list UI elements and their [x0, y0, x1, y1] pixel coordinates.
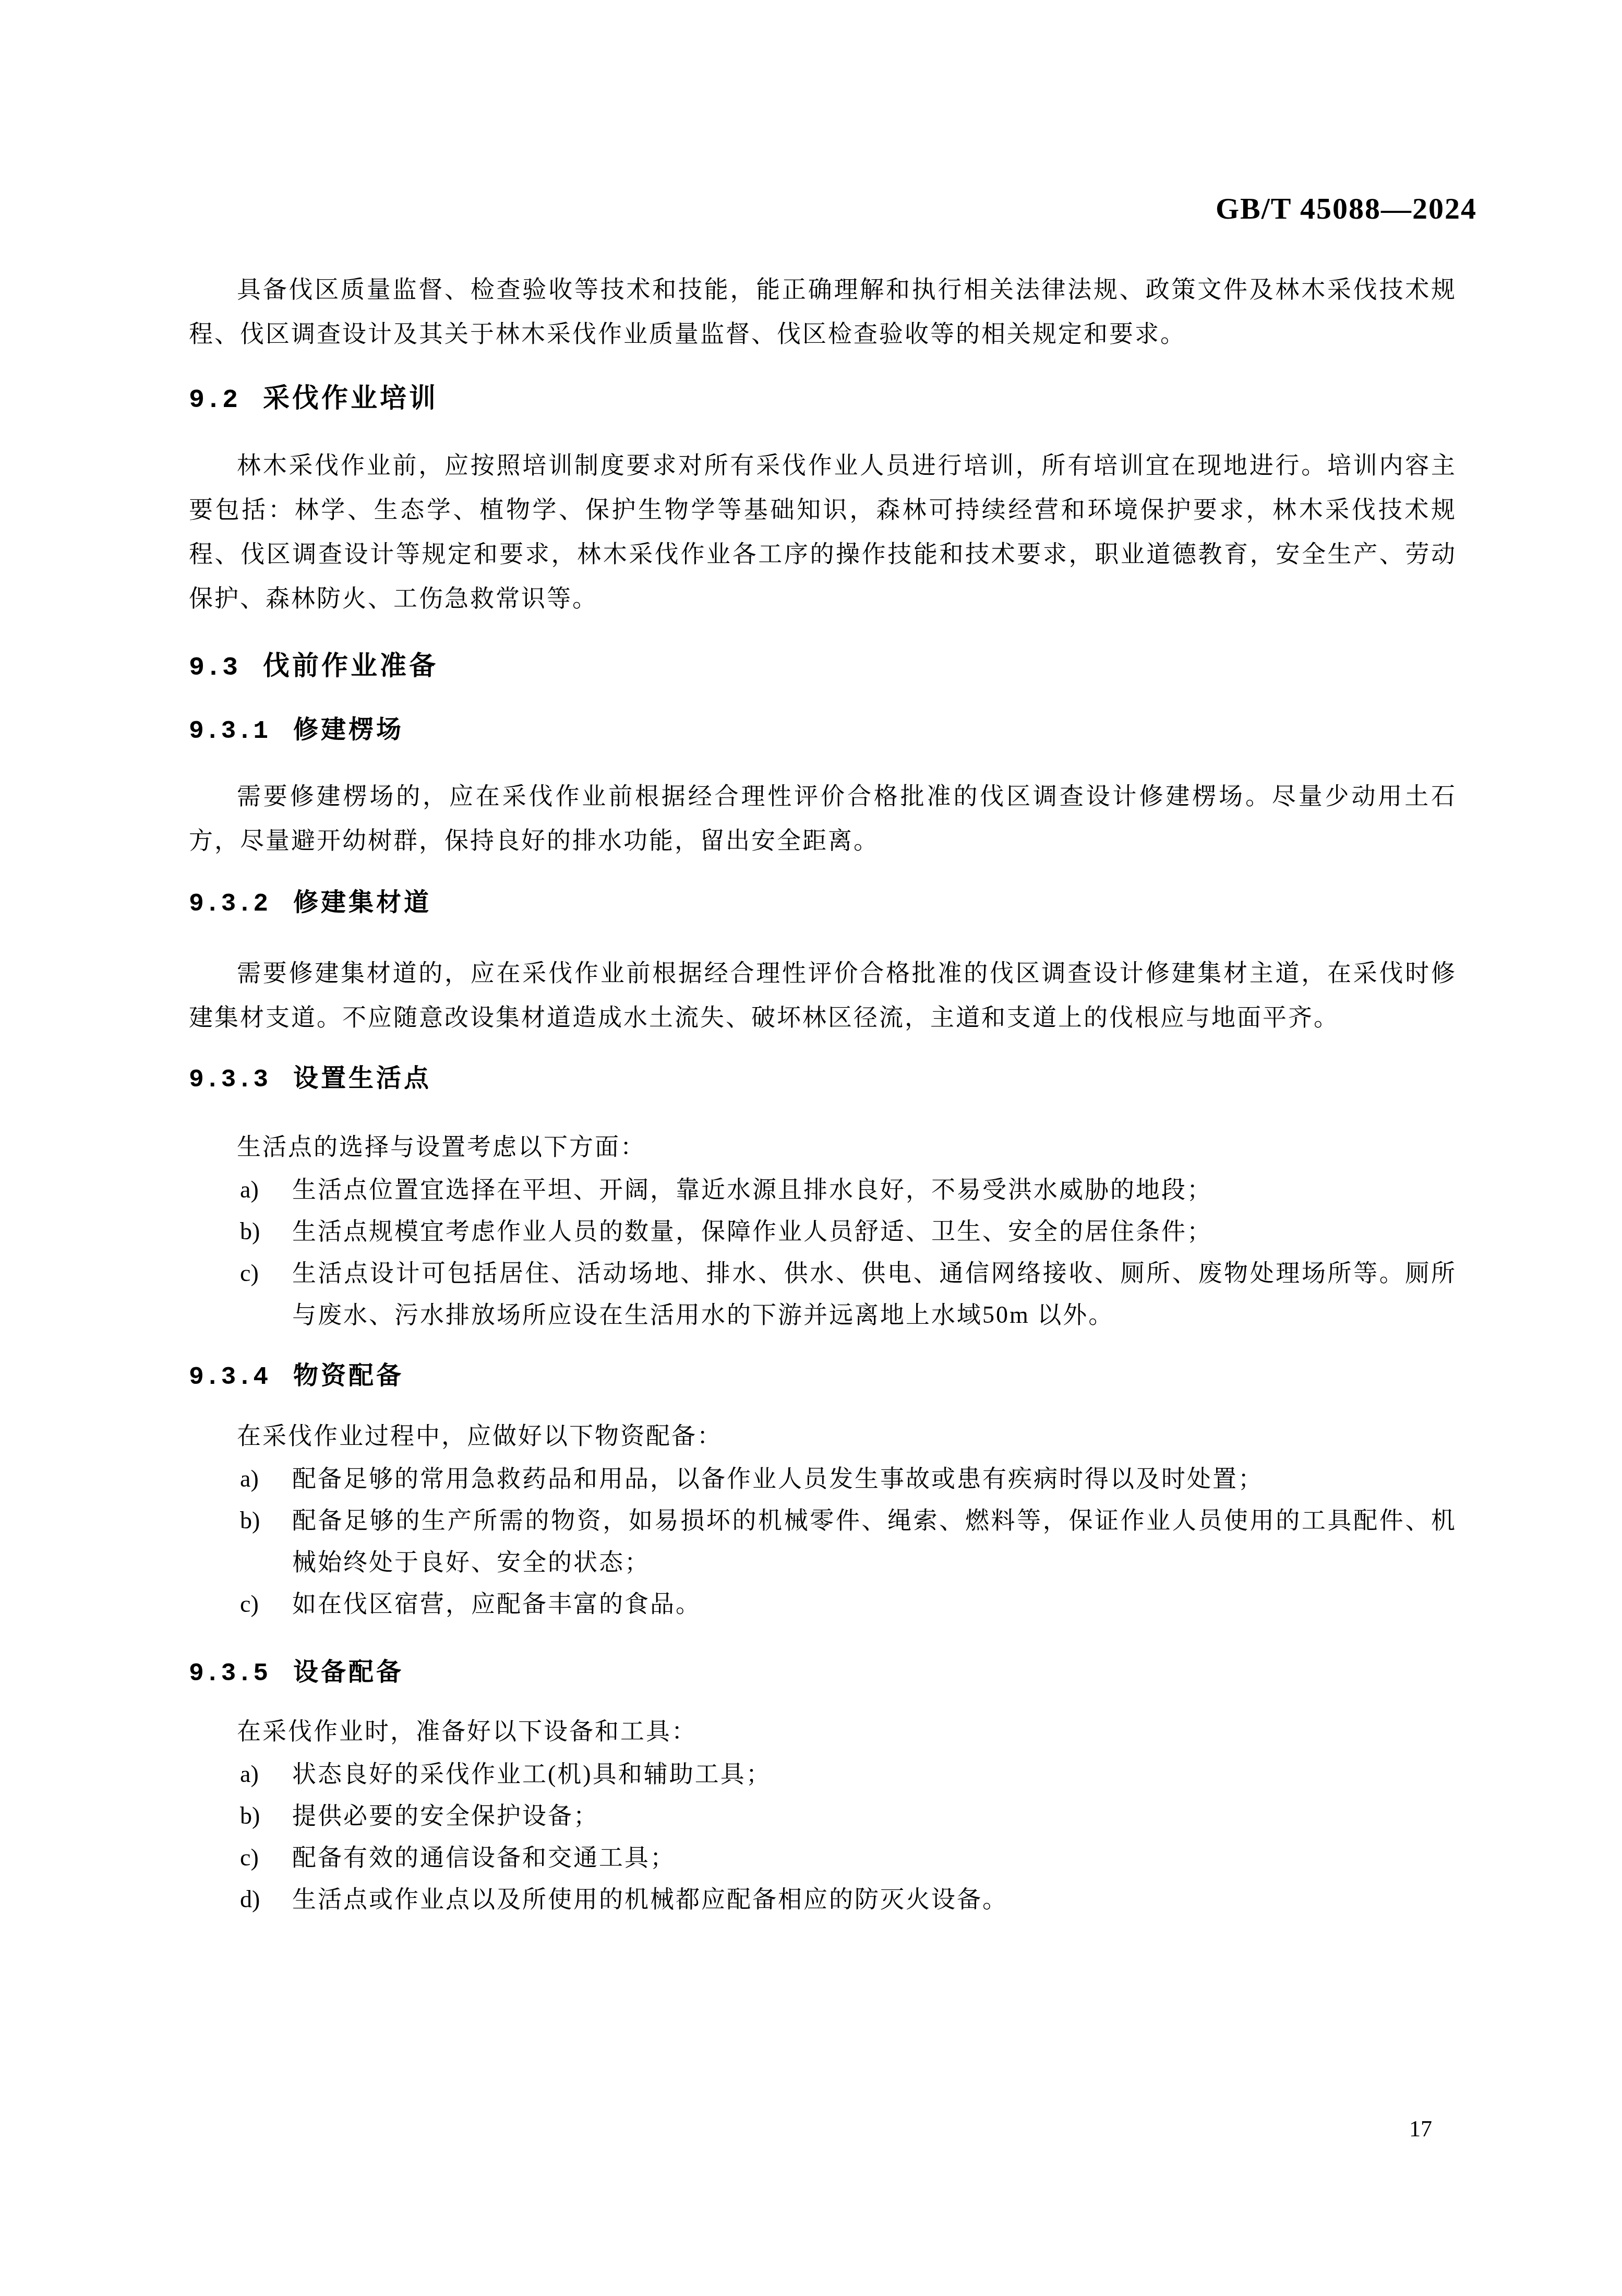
paragraph-9-3-2: 需要修建集材道的，应在采伐作业前根据经合理性评价合格批准的伐区调查设计修建集材主… [189, 951, 1457, 1039]
list-item-label: b) [240, 1795, 260, 1837]
clause-title: 物资配备 [293, 1360, 404, 1392]
list-item-text: 配备足够的生产所需的物资，如易损坏的机械零件、绳索、燃料等，保证作业人员使用的工… [292, 1507, 1457, 1575]
page-number: 17 [1409, 2115, 1432, 2142]
paragraph-continued: 具备伐区质量监督、检查验收等技术和技能，能正确理解和执行相关法律法规、政策文件及… [189, 267, 1457, 356]
list-item: a) 生活点位置宜选择在平坦、开阔，靠近水源且排水良好，不易受洪水威胁的地段； [189, 1169, 1457, 1211]
list-item-label: d) [240, 1879, 260, 1920]
list-item-label: c) [240, 1837, 259, 1879]
list-9-3-5: a) 状态良好的采伐作业工(机)具和辅助工具； b) 提供必要的安全保护设备； … [189, 1753, 1457, 1920]
clause-title: 设备配备 [293, 1656, 404, 1689]
list-item-text: 生活点位置宜选择在平坦、开阔，靠近水源且排水良好，不易受洪水威胁的地段； [292, 1176, 1212, 1203]
list-item-text: 如在伐区宿营，应配备丰富的食品。 [292, 1591, 701, 1617]
clause-title: 设置生活点 [293, 1062, 431, 1095]
clause-number: 9.2 [189, 385, 239, 417]
document-page: GB/T 45088—2024 具备伐区质量监督、检查验收等技术和技能，能正确理… [0, 0, 1622, 2296]
list-item: b) 生活点规模宜考虑作业人员的数量，保障作业人员舒适、卫生、安全的居住条件； [189, 1211, 1457, 1252]
list-item-label: a) [240, 1753, 259, 1795]
clause-number: 9.3.1 [189, 715, 269, 748]
list-item-text: 配备足够的常用急救药品和用品，以备作业人员发生事故或患有疾病时得以及时处置； [292, 1465, 1264, 1492]
section-heading-9-3-1: 9.3.1 修建楞场 [189, 714, 1457, 748]
list-item: d) 生活点或作业点以及所使用的机械都应配备相应的防灭火设备。 [189, 1879, 1457, 1920]
list-item-text: 生活点或作业点以及所使用的机械都应配备相应的防灭火设备。 [292, 1886, 1008, 1912]
clause-title: 采伐作业培训 [263, 382, 438, 414]
list-item-label: c) [240, 1252, 259, 1294]
section-heading-9-3-3: 9.3.3 设置生活点 [189, 1062, 1457, 1096]
section-heading-9-3: 9.3 伐前作业准备 [189, 650, 1457, 685]
list-9-3-4: a) 配备足够的常用急救药品和用品，以备作业人员发生事故或患有疾病时得以及时处置… [189, 1458, 1457, 1625]
list-intro-9-3-5: 在采伐作业时，准备好以下设备和工具： [189, 1709, 1457, 1753]
clause-title: 修建集材道 [293, 887, 431, 919]
section-heading-9-3-2: 9.3.2 修建集材道 [189, 887, 1457, 920]
clause-title: 修建楞场 [293, 714, 404, 746]
list-intro-9-3-4: 在采伐作业过程中，应做好以下物资配备： [189, 1414, 1457, 1458]
list-item: b) 提供必要的安全保护设备； [189, 1795, 1457, 1837]
list-9-3-3: a) 生活点位置宜选择在平坦、开阔，靠近水源且排水良好，不易受洪水威胁的地段； … [189, 1169, 1457, 1336]
list-item-label: a) [240, 1458, 259, 1500]
clause-number: 9.3.2 [189, 888, 269, 920]
clause-number: 9.3.3 [189, 1064, 269, 1096]
list-item-text: 配备有效的通信设备和交通工具； [292, 1844, 676, 1871]
standard-code: GB/T 45088—2024 [1216, 191, 1477, 226]
list-item-text: 提供必要的安全保护设备； [292, 1802, 599, 1829]
clause-number: 9.3.4 [189, 1361, 269, 1394]
page-content: 具备伐区质量监督、检查验收等技术和技能，能正确理解和执行相关法律法规、政策文件及… [189, 267, 1457, 1920]
list-item: b) 配备足够的生产所需的物资，如易损坏的机械零件、绳索、燃料等，保证作业人员使… [189, 1500, 1457, 1583]
list-item: c) 配备有效的通信设备和交通工具； [189, 1837, 1457, 1879]
paragraph-9-2: 林木采伐作业前，应按照培训制度要求对所有采伐作业人员进行培训，所有培训宜在现地进… [189, 443, 1457, 620]
list-item: a) 配备足够的常用急救药品和用品，以备作业人员发生事故或患有疾病时得以及时处置… [189, 1458, 1457, 1500]
list-item: c) 如在伐区宿营，应配备丰富的食品。 [189, 1583, 1457, 1625]
section-heading-9-3-4: 9.3.4 物资配备 [189, 1360, 1457, 1394]
list-item-label: b) [240, 1500, 260, 1541]
list-item-text: 状态良好的采伐作业工(机)具和辅助工具； [292, 1761, 772, 1787]
list-item-label: c) [240, 1583, 259, 1625]
clause-title: 伐前作业准备 [263, 650, 438, 682]
paragraph-9-3-1: 需要修建楞场的，应在采伐作业前根据经合理性评价合格批准的伐区调查设计修建楞场。尽… [189, 774, 1457, 863]
clause-number: 9.3 [189, 652, 239, 685]
clause-number: 9.3.5 [189, 1658, 269, 1690]
list-intro-9-3-3: 生活点的选择与设置考虑以下方面： [189, 1125, 1457, 1169]
list-item: a) 状态良好的采伐作业工(机)具和辅助工具； [189, 1753, 1457, 1795]
list-item-text: 生活点设计可包括居住、活动场地、排水、供水、供电、通信网络接收、厕所、废物处理场… [292, 1260, 1457, 1328]
list-item-label: a) [240, 1169, 259, 1211]
section-heading-9-2: 9.2 采伐作业培训 [189, 382, 1457, 417]
section-heading-9-3-5: 9.3.5 设备配备 [189, 1656, 1457, 1690]
list-item-text: 生活点规模宜考虑作业人员的数量，保障作业人员舒适、卫生、安全的居住条件； [292, 1218, 1212, 1245]
list-item-label: b) [240, 1211, 260, 1252]
list-item: c) 生活点设计可包括居住、活动场地、排水、供水、供电、通信网络接收、厕所、废物… [189, 1252, 1457, 1336]
